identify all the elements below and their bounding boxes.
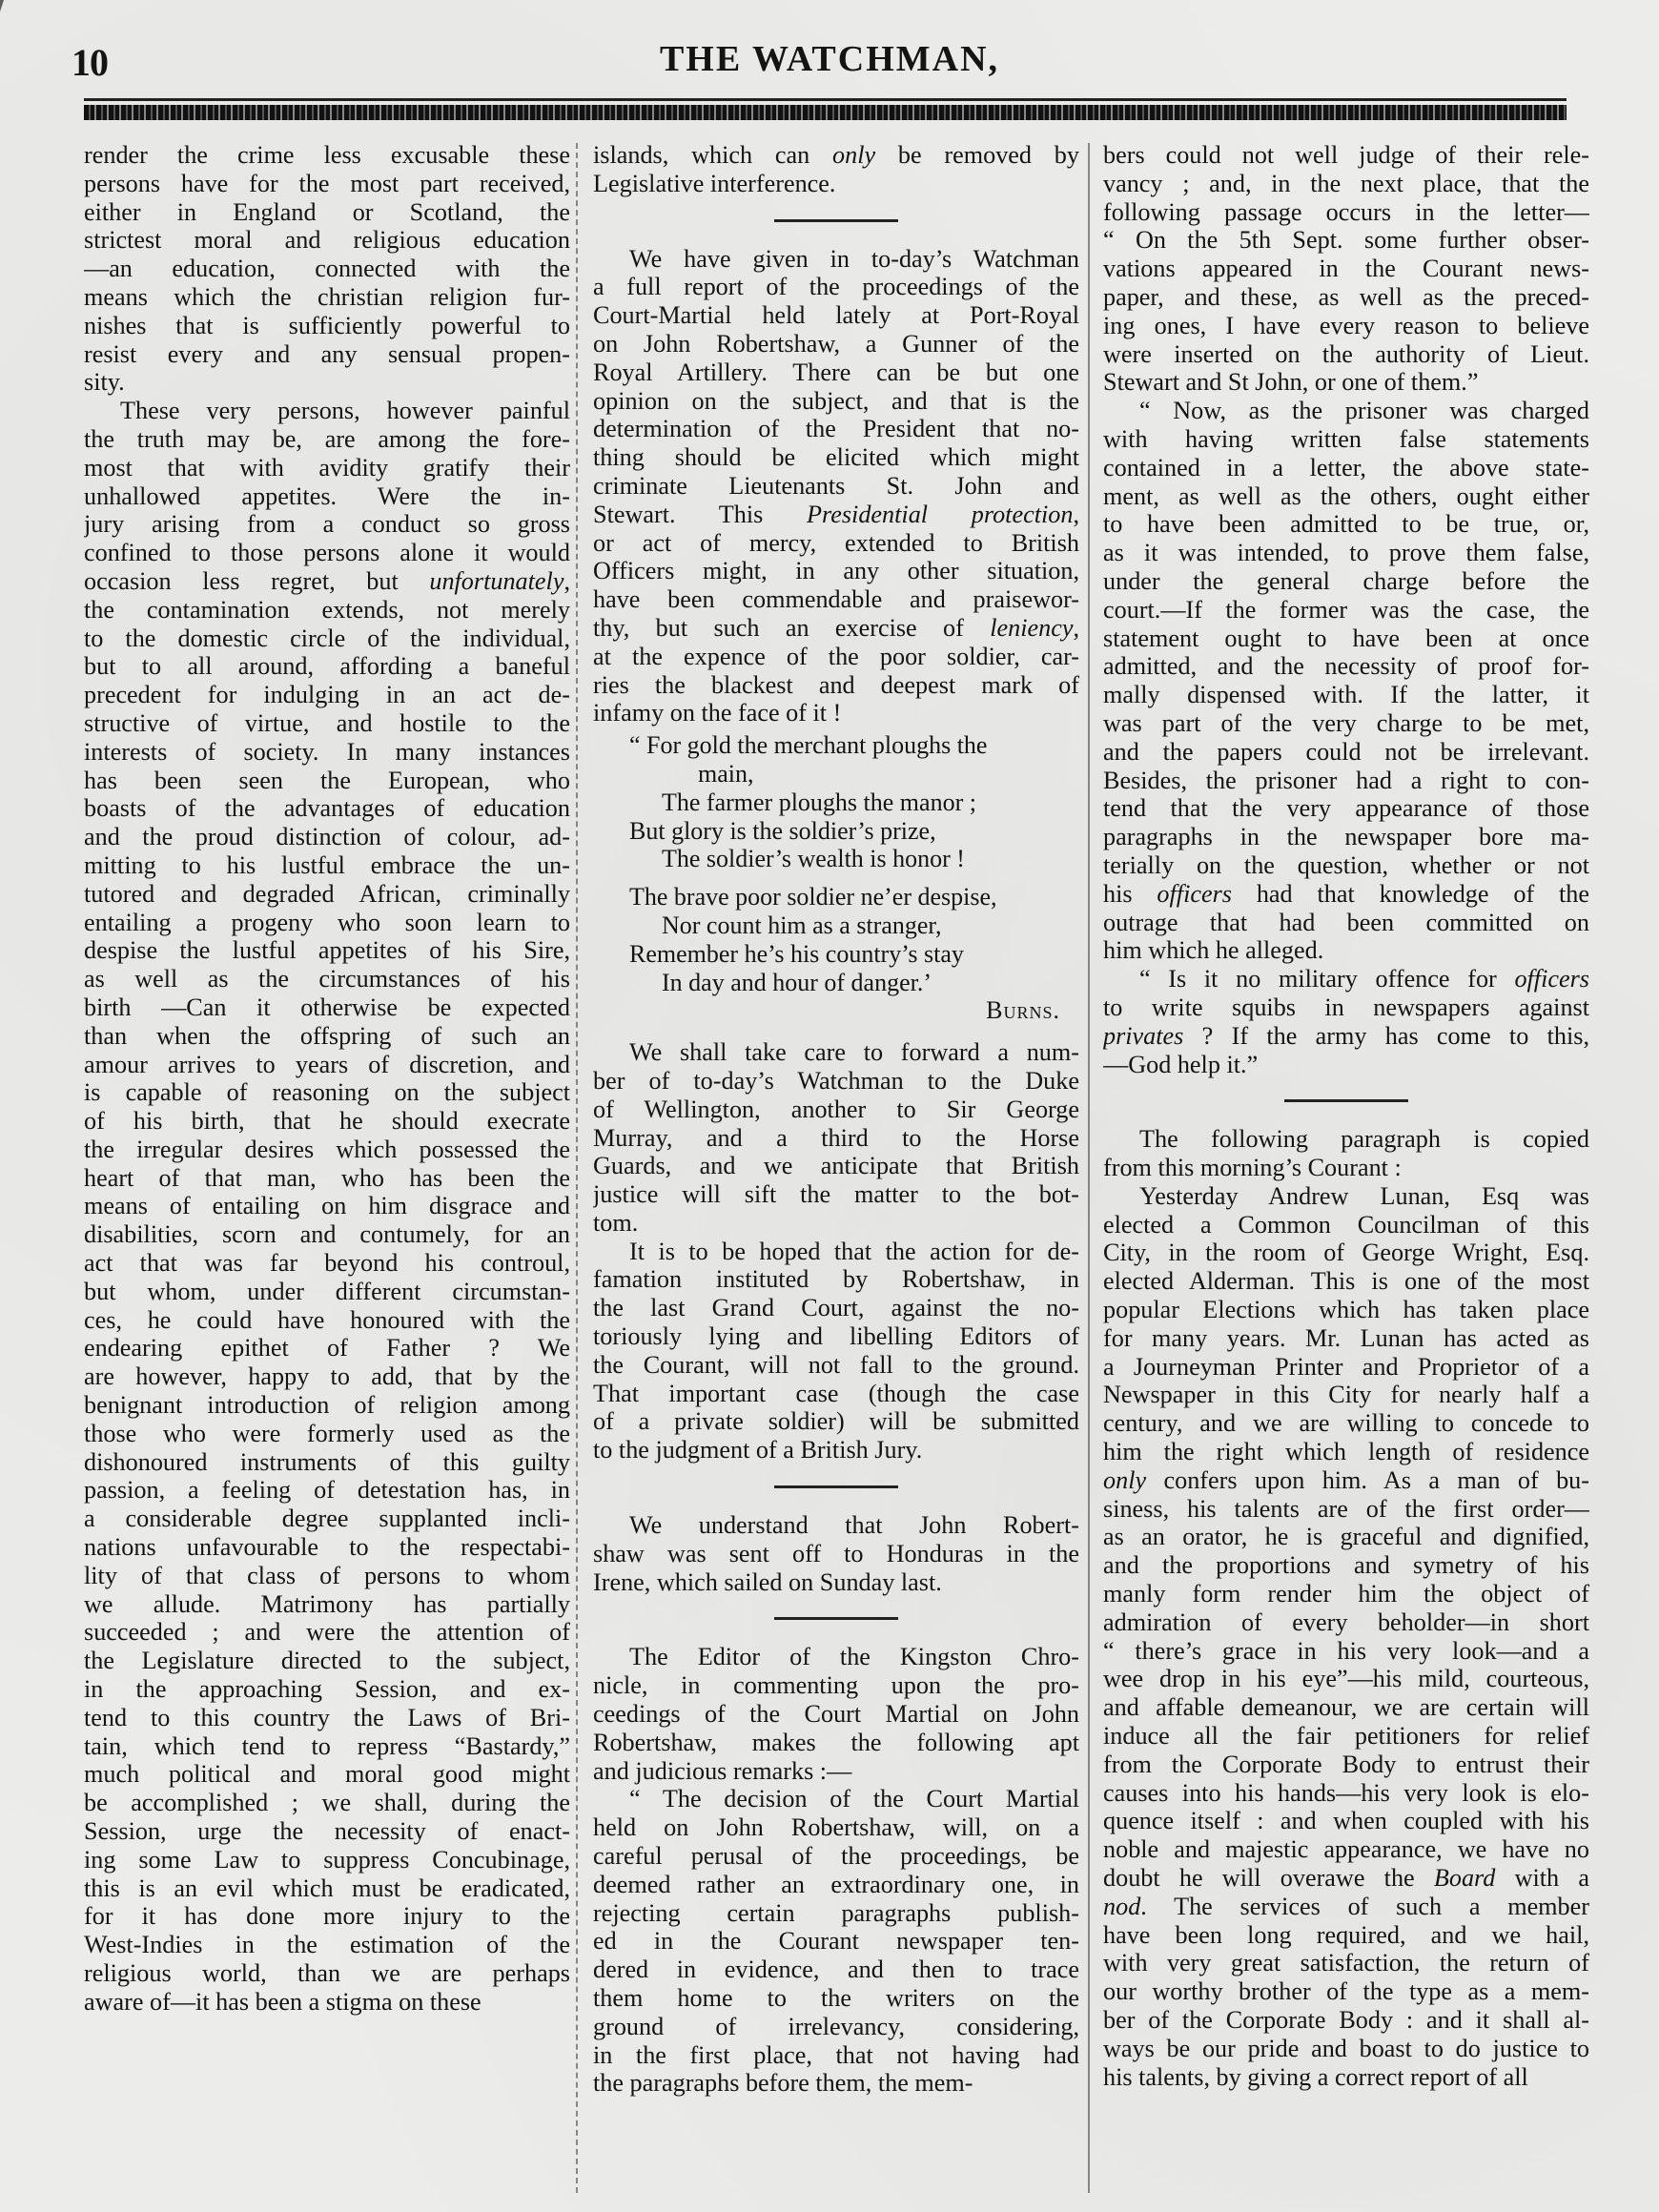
- text-line: act that was far beyond his controul,: [84, 1249, 570, 1278]
- paragraph: islands, which can only be removed byLeg…: [593, 141, 1079, 198]
- paragraph: “ Is it no military offence for officers…: [1103, 965, 1589, 1078]
- text-line: ground of irrelevancy, considering,: [593, 2013, 1079, 2041]
- paragraph: “ The decision of the Court Martialheld …: [593, 1785, 1079, 2098]
- text-line: in the approaching Session, and ex-: [84, 1675, 570, 1704]
- text-line: induce all the fair petitioners for reli…: [1103, 1722, 1589, 1751]
- text-line: elected a Common Councilman of this: [1103, 1211, 1589, 1239]
- text-line: amour arrives to years of discretion, an…: [84, 1051, 570, 1079]
- verse-line: The soldier’s wealth is honor !: [593, 845, 1079, 873]
- text-line: rejecting certain paragraphs publish-: [593, 1899, 1079, 1928]
- text-line: those who were formerly used as the: [84, 1420, 570, 1448]
- text-line: ceedings of the Court Martial on John: [593, 1700, 1079, 1729]
- paragraph: bers could not well judge of their rele-…: [1103, 141, 1589, 397]
- text-line: West-Indies in the estimation of the: [84, 1931, 570, 1959]
- text-line: —God help it.”: [1103, 1051, 1589, 1079]
- text-line: contained in a letter, the above state-: [1103, 454, 1589, 482]
- text-line: determination of the President that no-: [593, 415, 1079, 443]
- text-line: to write squibs in newspapers against: [1103, 993, 1589, 1022]
- text-line: religious world, than we are perhaps: [84, 1959, 570, 1988]
- text-line: was part of the very charge to be met,: [1103, 709, 1589, 738]
- text-line: be accomplished ; we shall, during the: [84, 1789, 570, 1817]
- text-line: Legislative interference.: [593, 170, 1079, 198]
- poem-quote: “ For gold the merchant ploughs themain,…: [593, 731, 1079, 1025]
- text-line: most that with avidity gratify their: [84, 454, 570, 482]
- text-line: for many years. Mr. Lunan has acted as: [1103, 1324, 1589, 1353]
- text-line: Court-Martial held lately at Port-Royal: [593, 301, 1079, 330]
- verse-line: In day and hour of danger.’: [593, 969, 1079, 997]
- text-line: interests of society. In many instances: [84, 738, 570, 767]
- text-line: Yesterday Andrew Lunan, Esq was: [1103, 1182, 1589, 1211]
- text-line: privates ? If the army has come to this,: [1103, 1022, 1589, 1051]
- text-line: the Courant, will not fall to the ground…: [593, 1351, 1079, 1380]
- text-line: —an education, connected with the: [84, 255, 570, 283]
- text-line: mally dispensed with. If the latter, it: [1103, 681, 1589, 709]
- text-line: nishes that is sufficiently powerful to: [84, 312, 570, 340]
- newspaper-page: 10 THE WATCHMAN, render the crime less e…: [0, 0, 1659, 2212]
- text-line: as well as the circumstances of his: [84, 965, 570, 993]
- text-line: heart of that man, who has been the: [84, 1164, 570, 1193]
- text-line: City, in the room of George Wright, Esq.: [1103, 1239, 1589, 1267]
- text-line: It is to be hoped that the action for de…: [593, 1238, 1079, 1266]
- text-line: only confers upon him. As a man of bu-: [1103, 1466, 1589, 1495]
- text-line: That important case (though the case: [593, 1380, 1079, 1408]
- text-line: is capable of reasoning on the subject: [84, 1078, 570, 1107]
- text-line: this is an evil which must be eradicated…: [84, 1874, 570, 1903]
- text-line: tain, which tend to repress “Bastardy,”: [84, 1732, 570, 1761]
- paragraph: These very persons, however painfulthe t…: [84, 397, 570, 2016]
- text-line: jury arising from a conduct so gross: [84, 510, 570, 539]
- text-line: in the first place, that not having had: [593, 2041, 1079, 2070]
- text-line: elected Alderman. This is one of the mos…: [1103, 1267, 1589, 1296]
- text-line: Session, urge the necessity of enact-: [84, 1817, 570, 1846]
- text-line: of Wellington, another to Sir George: [593, 1096, 1079, 1124]
- text-line: at the expence of the poor soldier, car-: [593, 643, 1079, 671]
- text-line: Guards, and we anticipate that British: [593, 1152, 1079, 1180]
- text-line: Officers might, in any other situation,: [593, 557, 1079, 585]
- text-line: passion, a feeling of detestation has, i…: [84, 1476, 570, 1505]
- column-divider-1: [576, 143, 578, 2193]
- text-line: terially on the question, whether or not: [1103, 851, 1589, 880]
- text-line: ed in the Courant newspaper ten-: [593, 1927, 1079, 1956]
- text-line: toriously lying and libelling Editors of: [593, 1322, 1079, 1351]
- ornamental-rule: [84, 98, 1567, 123]
- text-line: resist every and any sensual propen-: [84, 340, 570, 369]
- text-line: strictest moral and religious education: [84, 226, 570, 255]
- text-line: “ Is it no military offence for officers: [1103, 965, 1589, 993]
- text-line: vancy ; and, in the next place, that the: [1103, 170, 1589, 198]
- text-line: thy, but such an exercise of leniency,: [593, 614, 1079, 643]
- text-line: unhallowed appetites. Were the in-: [84, 482, 570, 511]
- text-line: on John Robertshaw, a Gunner of the: [593, 330, 1079, 358]
- paragraph: The following paragraph is copiedfrom th…: [1103, 1125, 1589, 1182]
- text-line: occasion less regret, but unfortunately,: [84, 567, 570, 596]
- text-line: lity of that class of persons to whom: [84, 1562, 570, 1590]
- text-line: century, and we are willing to concede t…: [1103, 1409, 1589, 1438]
- text-line: for it has done more injury to the: [84, 1902, 570, 1931]
- text-line: These very persons, however painful: [84, 397, 570, 425]
- text-line: manly form render him the object of: [1103, 1580, 1589, 1608]
- paragraph: It is to be hoped that the action for de…: [593, 1238, 1079, 1464]
- text-line: ces, he could have honoured with the: [84, 1306, 570, 1335]
- column-divider-2: [1088, 143, 1090, 2193]
- poem-attribution: Burns.: [593, 996, 1079, 1025]
- text-line: despise the lustful appetites of his Sir…: [84, 936, 570, 965]
- text-line: were inserted on the authority of Lieut.: [1103, 340, 1589, 369]
- verse-line: [593, 873, 1079, 883]
- text-line: islands, which can only be removed by: [593, 141, 1079, 170]
- text-line: much political and moral good might: [84, 1760, 570, 1789]
- text-line: ways be our pride and boast to do justic…: [1103, 2035, 1589, 2063]
- column-3: bers could not well judge of their rele-…: [1103, 141, 1589, 2091]
- text-line: opinion on the subject, and that is the: [593, 387, 1079, 416]
- verse-line: “ For gold the merchant ploughs the: [593, 731, 1079, 760]
- paragraph: We have given in to-day’s Watchmana full…: [593, 245, 1079, 728]
- verse-line: The farmer ploughs the manor ;: [593, 789, 1079, 817]
- text-line: nations unfavourable to the respectabi-: [84, 1533, 570, 1562]
- text-line: Royal Artillery. There can be but one: [593, 358, 1079, 387]
- paragraph: The Editor of the Kingston Chro-nicle, i…: [593, 1643, 1079, 1785]
- text-line: render the crime less excusable these: [84, 141, 570, 170]
- text-line: structive of virtue, and hostile to the: [84, 709, 570, 738]
- text-line: Newspaper in this City for nearly half a: [1103, 1381, 1589, 1409]
- text-line: boasts of the advantages of education: [84, 794, 570, 823]
- text-line: of his birth, that he should execrate: [84, 1107, 570, 1136]
- text-line: admitted, and the necessity of proof for…: [1103, 652, 1589, 681]
- text-line: benignant introduction of religion among: [84, 1391, 570, 1420]
- text-line: and the proud distinction of colour, ad-: [84, 823, 570, 851]
- text-line: careful perusal of the proceedings, be: [593, 1842, 1079, 1871]
- text-line: “ The decision of the Court Martial: [593, 1785, 1079, 1813]
- text-line: mitting to his lustful embrace the un-: [84, 851, 570, 880]
- text-line: birth —Can it otherwise be expected: [84, 993, 570, 1022]
- text-line: “ On the 5th Sept. some further obser-: [1103, 226, 1589, 255]
- text-line: we allude. Matrimony has partially: [84, 1590, 570, 1619]
- text-line: Murray, and a third to the Horse: [593, 1124, 1079, 1153]
- text-line: a full report of the proceedings of the: [593, 273, 1079, 301]
- text-line: to have been admitted to be true, or,: [1103, 510, 1589, 539]
- text-line: precedent for indulging in an act de-: [84, 681, 570, 709]
- text-line: following passage occurs in the letter—: [1103, 198, 1589, 227]
- verse-line: But glory is the soldier’s prize,: [593, 817, 1079, 846]
- text-line: with having written false statements: [1103, 425, 1589, 454]
- text-line: ing ones, I have every reason to believe: [1103, 312, 1589, 340]
- paragraph: We shall take care to forward a num-ber …: [593, 1038, 1079, 1238]
- text-line: thing should be elicited which might: [593, 443, 1079, 472]
- text-line: Robertshaw, makes the following apt: [593, 1729, 1079, 1757]
- text-line: criminate Lieutenants St. John and: [593, 472, 1079, 501]
- column-2: islands, which can only be removed byLeg…: [593, 141, 1079, 2098]
- text-line: means which the christian religion fur-: [84, 283, 570, 312]
- text-line: Besides, the prisoner had a right to con…: [1103, 767, 1589, 795]
- text-line: Stewart and St John, or one of them.”: [1103, 368, 1589, 397]
- verse-line: Remember he’s his country’s stay: [593, 940, 1079, 969]
- text-line: or act of mercy, extended to British: [593, 529, 1079, 558]
- text-line: “ Now, as the prisoner was charged: [1103, 397, 1589, 425]
- text-line: held on John Robertshaw, will, on a: [593, 1813, 1079, 1842]
- text-line: his officers had that knowledge of the: [1103, 880, 1589, 909]
- text-line: with very great satisfaction, the return…: [1103, 1949, 1589, 1977]
- text-line: nod. The services of such a member: [1103, 1893, 1589, 1921]
- text-line: tom.: [593, 1209, 1079, 1238]
- text-line: paper, and these, as well as the preced-: [1103, 283, 1589, 312]
- text-line: from the Corporate Body to entrust their: [1103, 1751, 1589, 1779]
- text-line: the truth may be, are among the fore-: [84, 425, 570, 454]
- text-line: him which he alleged.: [1103, 936, 1589, 965]
- text-line: wee drop in his eye”—his mild, courteous…: [1103, 1665, 1589, 1693]
- section-rule: [774, 1485, 898, 1488]
- text-line: We understand that John Robert-: [593, 1511, 1079, 1540]
- verse-line: main,: [593, 760, 1079, 789]
- text-line: either in England or Scotland, the: [84, 198, 570, 227]
- text-line: ries the blackest and deepest mark of: [593, 671, 1079, 700]
- text-line: shaw was sent off to Honduras in the: [593, 1540, 1079, 1568]
- text-line: justice will sift the matter to the bot-: [593, 1180, 1079, 1209]
- text-line: sity.: [84, 368, 570, 397]
- paragraph: Yesterday Andrew Lunan, Esq waselected a…: [1103, 1182, 1589, 2092]
- rule-thin: [84, 98, 1567, 101]
- text-line: tend to this country the Laws of Bri-: [84, 1704, 570, 1732]
- text-line: confined to those persons alone it would: [84, 539, 570, 567]
- text-line: them home to the writers on the: [593, 1984, 1079, 2013]
- text-line: ing some Law to suppress Concubinage,: [84, 1846, 570, 1874]
- text-line: famation instituted by Robertshaw, in: [593, 1265, 1079, 1294]
- text-line: siness, his talents are of the first ord…: [1103, 1495, 1589, 1524]
- text-line: have been commendable and praisewor-: [593, 585, 1079, 614]
- text-line: as it was intended, to prove them false,: [1103, 539, 1589, 567]
- paragraph: “ Now, as the prisoner was chargedwith h…: [1103, 397, 1589, 965]
- text-line: the contamination extends, not merely: [84, 596, 570, 625]
- section-rule: [774, 1617, 898, 1620]
- text-line: tutored and degraded African, criminally: [84, 880, 570, 909]
- masthead-title: THE WATCHMAN,: [0, 38, 1659, 80]
- section-rule: [1284, 1099, 1408, 1102]
- text-line: disabilities, scorn and contumely, for a…: [84, 1220, 570, 1249]
- rule-thick-pattern: [84, 105, 1567, 120]
- text-line: a considerable degree supplanted incli-: [84, 1505, 570, 1533]
- text-line: under the general charge before the: [1103, 567, 1589, 596]
- text-line: “ there’s grace in his very look—and a: [1103, 1637, 1589, 1666]
- section-rule: [774, 219, 898, 222]
- text-line: aware of—it has been a stigma on these: [84, 1988, 570, 2017]
- text-line: paragraphs in the newspaper bore ma-: [1103, 823, 1589, 851]
- text-line: has been seen the European, who: [84, 767, 570, 795]
- text-line: quence itself : and when coupled with hi…: [1103, 1807, 1589, 1835]
- text-line: doubt he will overawe the Board with a: [1103, 1864, 1589, 1893]
- text-line: his talents, by giving a correct report …: [1103, 2063, 1589, 2092]
- text-line: but whom, under different circumstan-: [84, 1278, 570, 1306]
- text-line: the Legislature directed to the subject,: [84, 1647, 570, 1675]
- text-line: have been long required, and we hail,: [1103, 1921, 1589, 1950]
- text-line: to the domestic circle of the individual…: [84, 625, 570, 653]
- text-line: the paragraphs before them, the mem-: [593, 2069, 1079, 2098]
- text-line: dered in evidence, and then to trace: [593, 1956, 1079, 1984]
- text-line: and affable demeanour, we are certain wi…: [1103, 1693, 1589, 1722]
- text-line: popular Elections which has taken place: [1103, 1296, 1589, 1324]
- text-line: to the judgment of a British Jury.: [593, 1436, 1079, 1464]
- text-line: and the proportions and symetry of his: [1103, 1551, 1589, 1580]
- text-line: ment, as well as the others, ought eithe…: [1103, 482, 1589, 511]
- text-line: admiration of every beholder—in short: [1103, 1608, 1589, 1637]
- text-line: infamy on the face of it !: [593, 699, 1079, 727]
- text-line: noble and majestic appearance, we have n…: [1103, 1835, 1589, 1864]
- text-line: persons have for the most part received,: [84, 170, 570, 198]
- text-line: tend that the very appearance of those: [1103, 794, 1589, 823]
- text-line: We shall take care to forward a num-: [593, 1038, 1079, 1067]
- text-line: Irene, which sailed on Sunday last.: [593, 1568, 1079, 1597]
- text-line: and the papers could not be irrelevant.: [1103, 738, 1589, 767]
- verse-line: The brave poor soldier ne’er despise,: [593, 883, 1079, 911]
- text-line: bers could not well judge of their rele-: [1103, 141, 1589, 170]
- text-line: ber of the Corporate Body : and it shall…: [1103, 2006, 1589, 2035]
- text-line: The following paragraph is copied: [1103, 1125, 1589, 1154]
- text-line: as an orator, he is graceful and dignifi…: [1103, 1523, 1589, 1551]
- text-line: and judicious remarks :—: [593, 1757, 1079, 1786]
- text-line: causes into his hands—his very look is e…: [1103, 1779, 1589, 1808]
- column-1: render the crime less excusable theseper…: [84, 141, 570, 2017]
- text-line: Stewart. This Presidential protection,: [593, 501, 1079, 529]
- text-line: statement ought to have been at once: [1103, 625, 1589, 653]
- text-line: are however, happy to add, that by the: [84, 1362, 570, 1391]
- text-line: means of entailing on him disgrace and: [84, 1192, 570, 1220]
- text-line: a Journeyman Printer and Proprietor of a: [1103, 1353, 1589, 1382]
- text-line: entailing a progeny who soon learn to: [84, 909, 570, 937]
- paragraph: render the crime less excusable theseper…: [84, 141, 570, 397]
- text-line: our worthy brother of the type as a mem-: [1103, 1977, 1589, 2006]
- text-line: We have given in to-day’s Watchman: [593, 245, 1079, 274]
- verse-line: Nor count him as a stranger,: [593, 911, 1079, 940]
- text-line: nicle, in commenting upon the pro-: [593, 1671, 1079, 1700]
- text-line: from this morning’s Courant :: [1103, 1154, 1589, 1182]
- text-line: but to all around, affording a baneful: [84, 652, 570, 681]
- text-line: of a private soldier) will be submitted: [593, 1407, 1079, 1436]
- paragraph: We understand that John Robert-shaw was …: [593, 1511, 1079, 1596]
- text-line: ber of to-day’s Watchman to the Duke: [593, 1067, 1079, 1096]
- text-line: outrage that had been committed on: [1103, 909, 1589, 937]
- text-line: vations appeared in the Courant news-: [1103, 255, 1589, 283]
- text-line: him the right which length of residence: [1103, 1438, 1589, 1466]
- text-line: than when the offspring of such an: [84, 1022, 570, 1051]
- text-line: succeeded ; and were the attention of: [84, 1618, 570, 1647]
- text-line: dishonoured instruments of this guilty: [84, 1448, 570, 1477]
- text-line: deemed rather an extraordinary one, in: [593, 1871, 1079, 1899]
- text-line: The Editor of the Kingston Chro-: [593, 1643, 1079, 1671]
- text-line: endearing epithet of Father ? We: [84, 1334, 570, 1362]
- text-line: the last Grand Court, against the no-: [593, 1294, 1079, 1322]
- text-line: court.—If the former was the case, the: [1103, 596, 1589, 625]
- text-line: the irregular desires which possessed th…: [84, 1136, 570, 1164]
